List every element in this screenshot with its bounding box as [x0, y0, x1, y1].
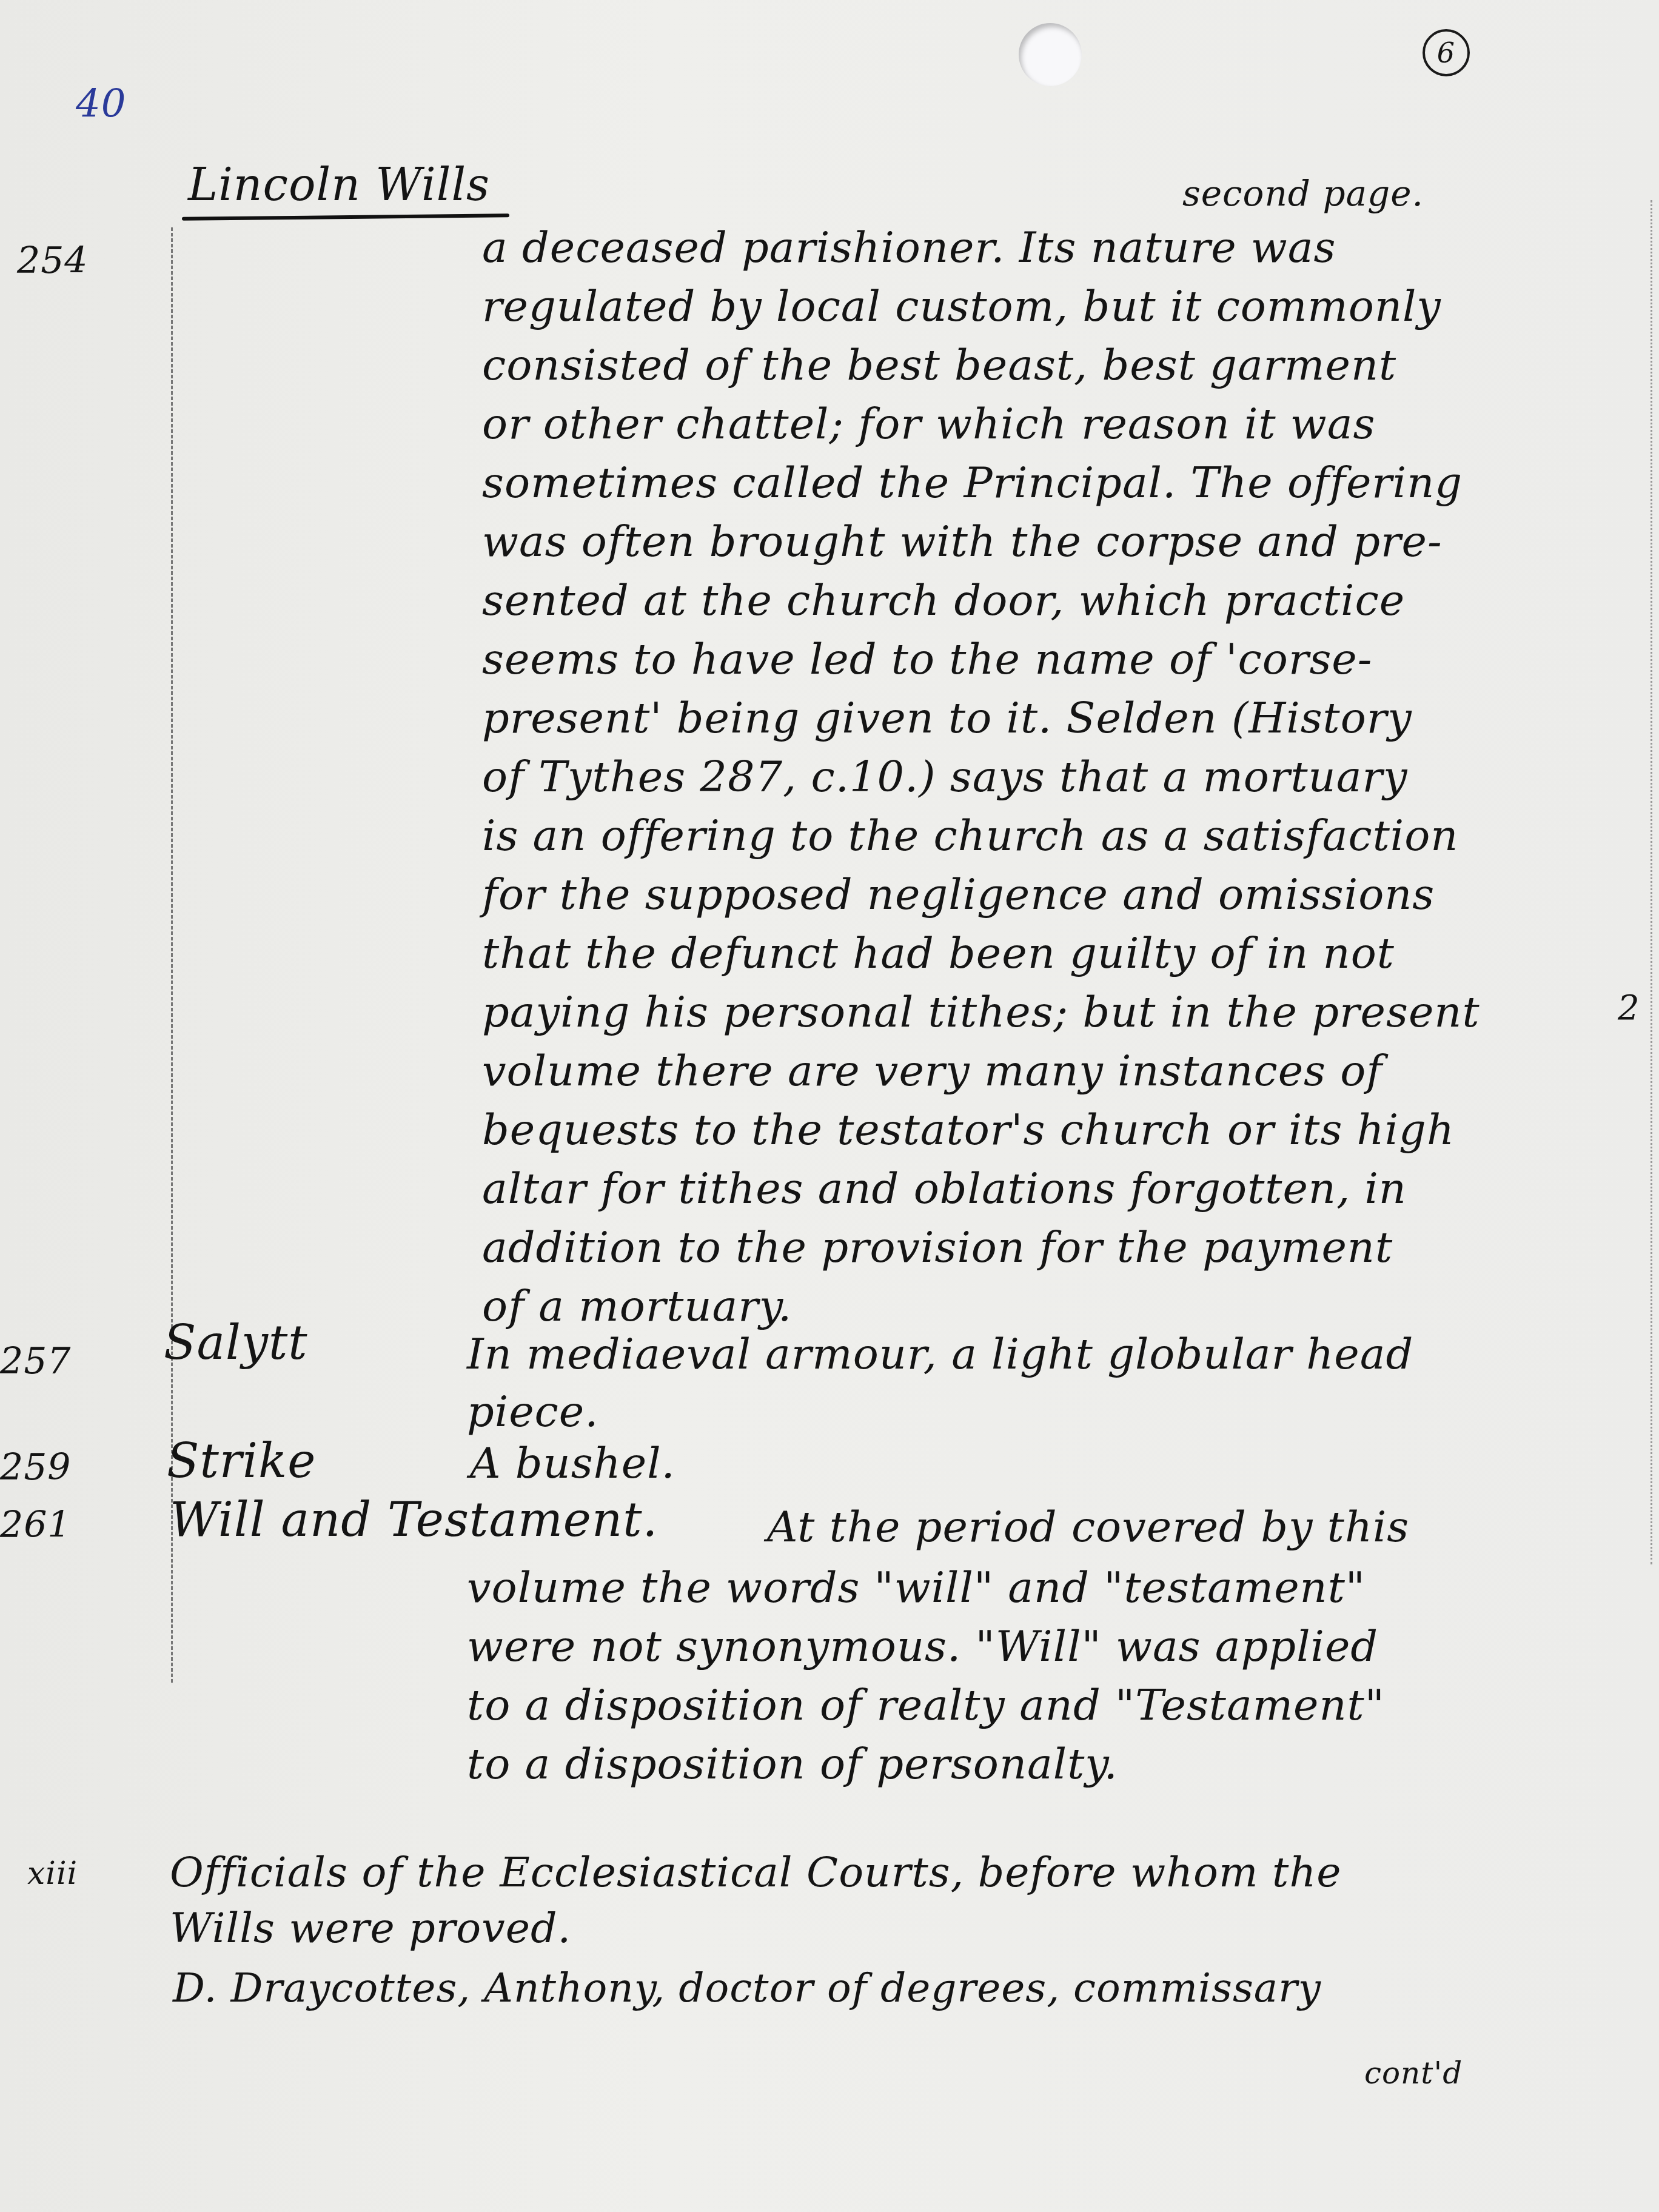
right-margin-mark: 2: [1618, 988, 1640, 1028]
text-line: A bushel.: [470, 1434, 675, 1493]
entry-ref-257: 257: [0, 1340, 72, 1382]
text-line: to a disposition of realty and "Testamen…: [467, 1676, 1385, 1735]
text-line: sented at the church door, which practic…: [482, 571, 1405, 630]
text-line: In mediaeval armour, a light globular he…: [467, 1325, 1413, 1384]
text-line: volume there are very many instances of: [482, 1042, 1382, 1101]
text-line: of Tythes 287, c.10.) says that a mortua…: [482, 748, 1407, 806]
page-title: Lincoln Wills: [188, 159, 490, 211]
page-header-right: second page.: [1182, 173, 1424, 214]
section-first-item: D. Draycottes, Anthony, doctor of degree…: [173, 1959, 1321, 2017]
text-line: seems to have led to the name of 'corse-: [482, 630, 1372, 689]
text-line: is an offering to the church as a satisf…: [482, 806, 1458, 865]
text-line: piece.: [467, 1382, 599, 1441]
right-edge-rule: [1651, 200, 1652, 1564]
text-line: was often brought with the corpse and pr…: [482, 512, 1443, 571]
text-line: paying his personal tithes; but in the p…: [482, 983, 1480, 1042]
entry-ref-261: 261: [0, 1504, 72, 1546]
text-line: bequests to the testator's church or its…: [482, 1101, 1455, 1159]
text-line: to a disposition of personalty.: [467, 1735, 1118, 1794]
text-line: were not synonymous. "Will" was applied: [467, 1617, 1378, 1676]
text-line: volume the words "will" and "testament": [467, 1558, 1366, 1617]
text-line: present' being given to it. Selden (Hist…: [482, 689, 1412, 748]
folio-number-blue: 40: [76, 82, 126, 127]
text-line: altar for tithes and oblations forgotten…: [482, 1159, 1407, 1218]
continued-note: cont'd: [1364, 2056, 1463, 2091]
entry-term-strike: Strike: [167, 1434, 316, 1489]
text-line: Wills were proved.: [170, 1899, 571, 1958]
text-line: for the supposed negligence and omission…: [482, 865, 1435, 924]
text-line: Officials of the Ecclesiastical Courts, …: [170, 1843, 1341, 1902]
entry-term-will-and-testament: Will and Testament.: [170, 1493, 658, 1547]
text-line: that the defunct had been guilty of in n…: [482, 924, 1395, 983]
entry-261-first-line: At the period covered by this: [767, 1498, 1409, 1557]
folio-number-circled: 6: [1423, 29, 1470, 76]
text-line: regulated by local custom, but it common…: [482, 277, 1441, 336]
punch-hole: [1019, 23, 1082, 86]
text-line: a deceased parishioner. Its nature was: [482, 218, 1336, 277]
entry-term-salytt: Salytt: [164, 1316, 308, 1370]
text-line: or other chattel; for which reason it wa…: [482, 395, 1375, 454]
entry-ref-254: 254: [17, 240, 89, 282]
text-line: addition to the provision for the paymen…: [482, 1218, 1393, 1277]
section-ref-xiii: xiii: [27, 1855, 78, 1892]
entry-ref-259: 259: [0, 1446, 72, 1489]
text-line: sometimes called the Principal. The offe…: [482, 454, 1463, 512]
text-line: consisted of the best beast, best garmen…: [482, 336, 1396, 395]
